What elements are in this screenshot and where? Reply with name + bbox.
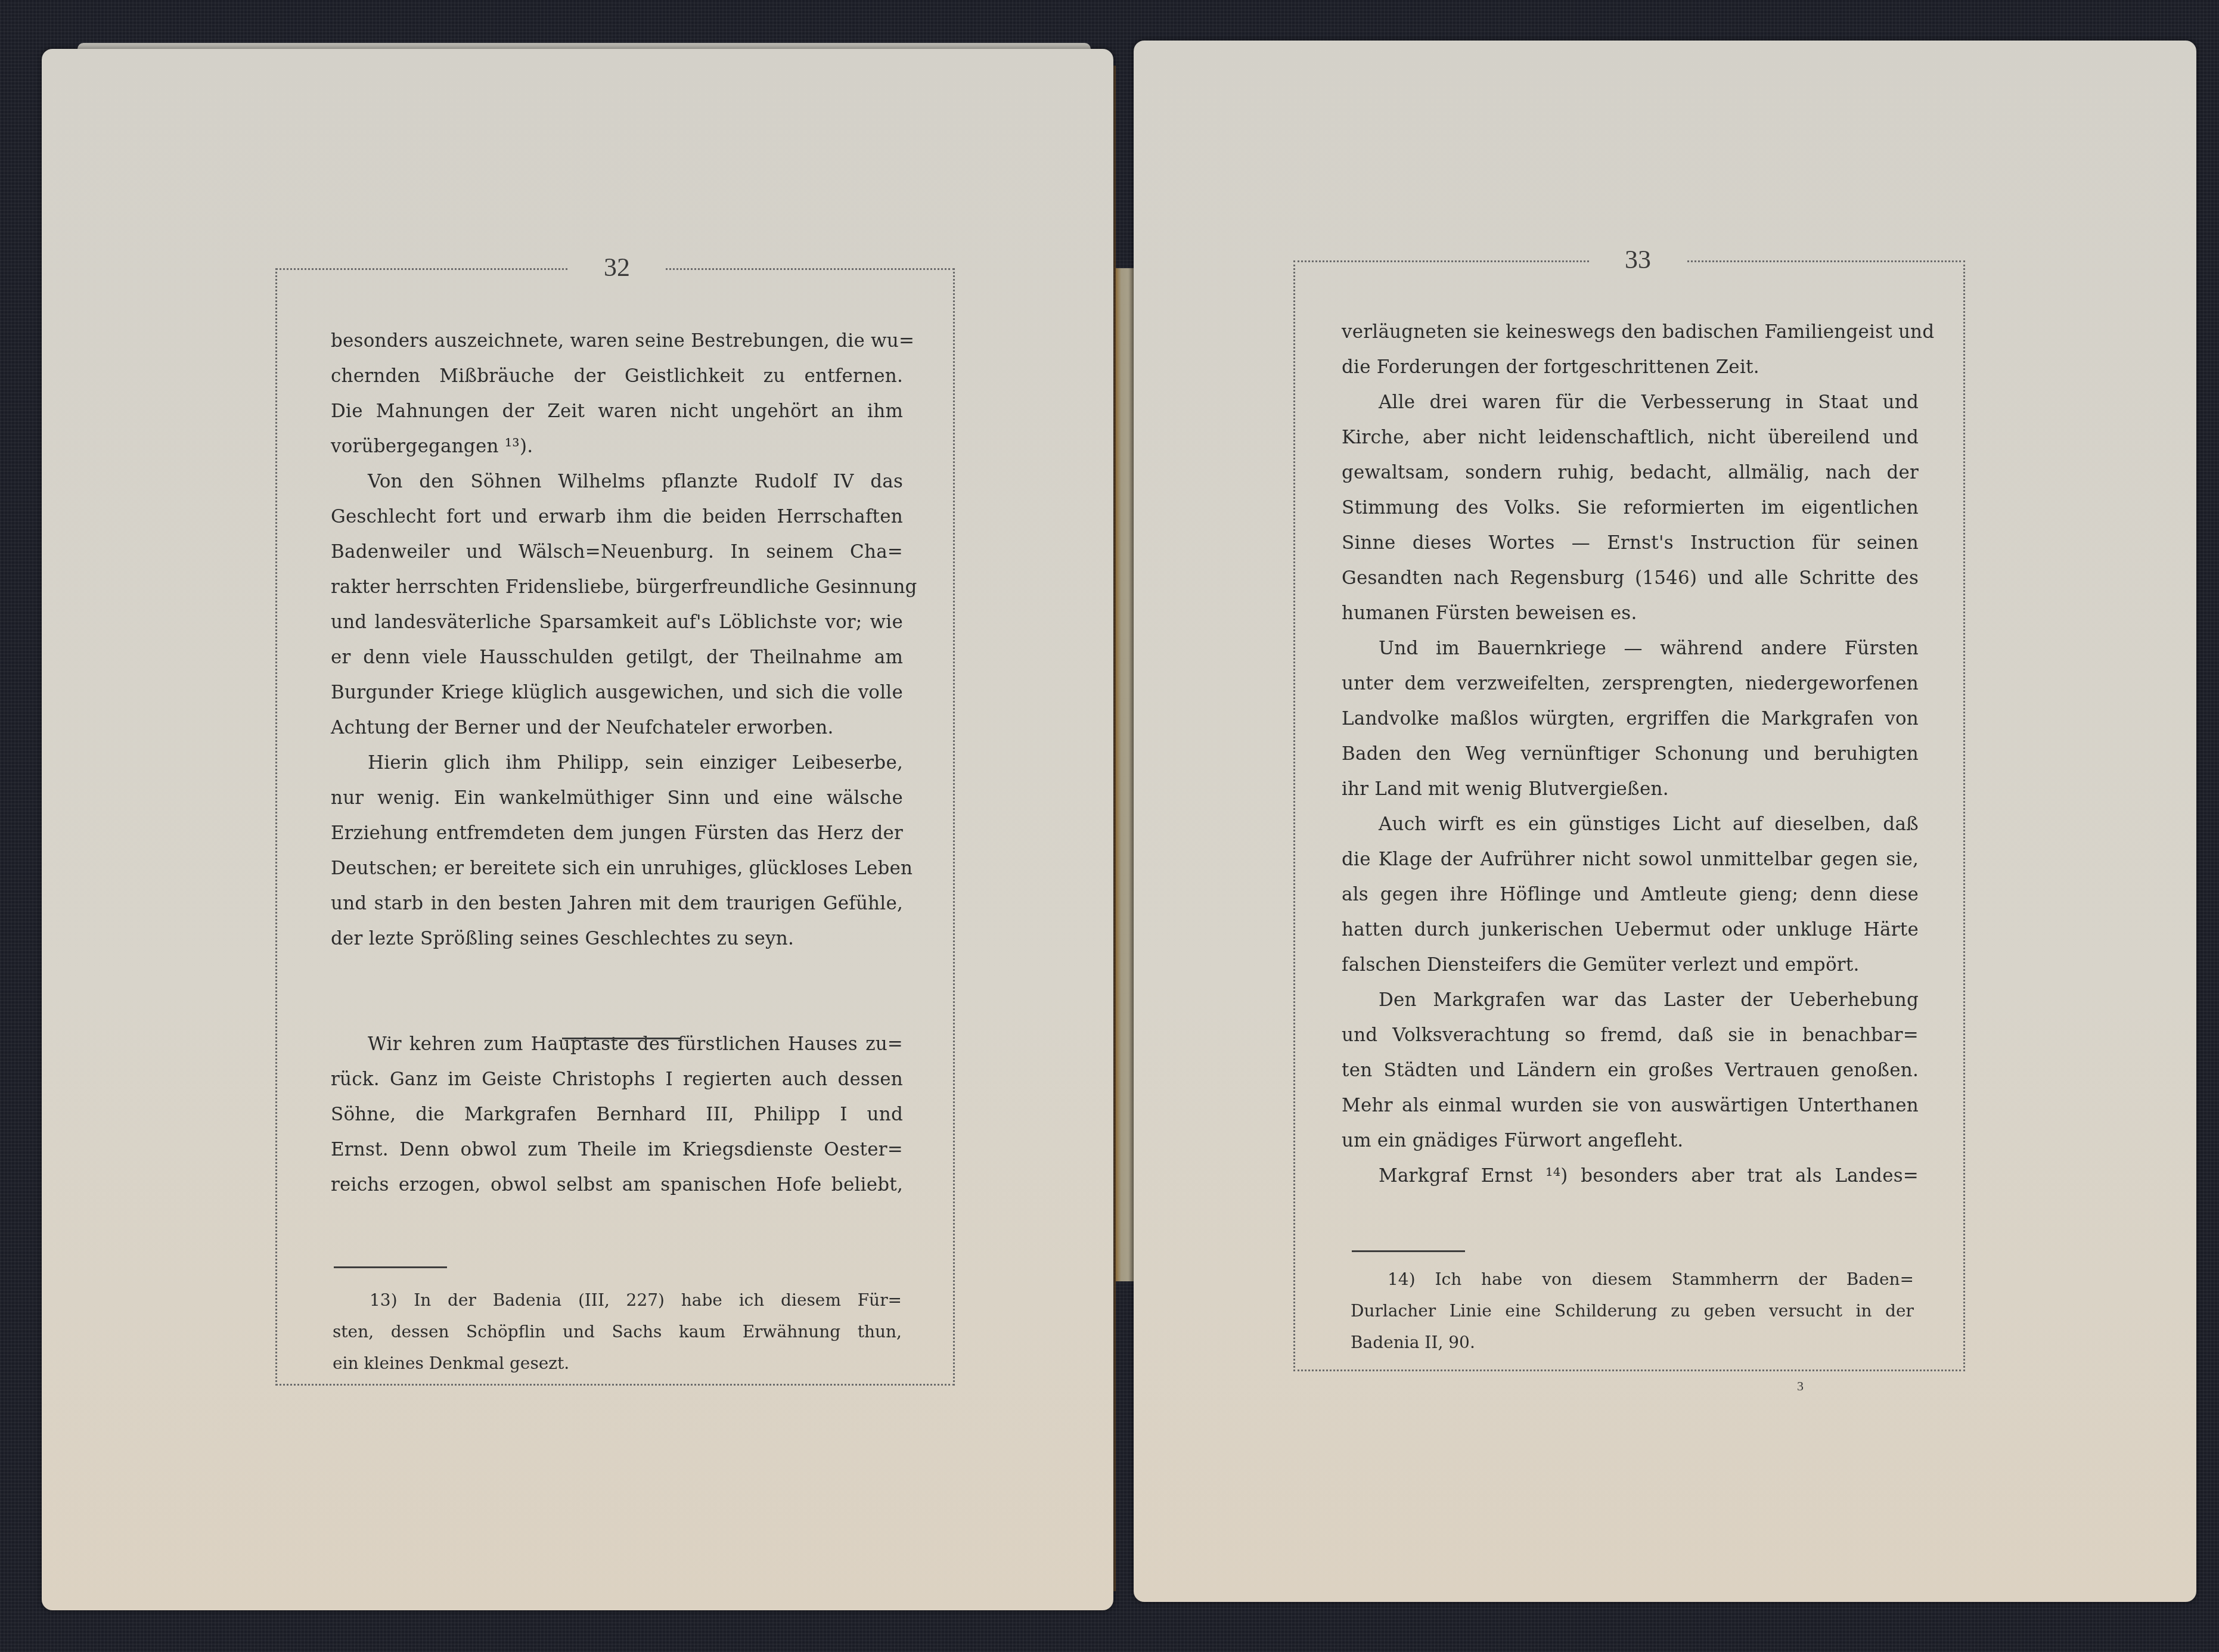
right-page: 33 verläugneten sie keineswegs den badis… xyxy=(1134,41,2196,1602)
footnote-line: 13) In der Badenia (III, 227) habe ich d… xyxy=(333,1284,902,1316)
footnote-13: 13) In der Badenia (III, 227) habe ich d… xyxy=(333,1284,902,1379)
text-line: der lezte Sprößling seines Geschlechtes … xyxy=(331,921,903,957)
text-line: Badenweiler und Wälsch=Neuenburg. In sei… xyxy=(331,535,903,570)
left-page-frame: 32 besonders auszeichnete, waren seine B… xyxy=(275,268,955,1386)
text-line: und Volksverachtung so fremd, daß sie in… xyxy=(1342,1018,1919,1053)
footnote-marker: 13) xyxy=(370,1290,398,1310)
signature-mark: 3 xyxy=(1797,1378,1804,1394)
book-spine-binding xyxy=(1116,268,1134,1281)
text-line: ten Städten und Ländern ein großes Vertr… xyxy=(1342,1053,1919,1088)
text-line: Deutschen; er bereitete sich ein unruhig… xyxy=(331,851,903,886)
text-line: Achtung der Berner und der Neufchateler … xyxy=(331,710,903,746)
text-line: Und im Bauernkriege — während andere Für… xyxy=(1342,631,1919,666)
text-line: um ein gnädiges Fürwort angefleht. xyxy=(1342,1123,1919,1159)
text-line: Erziehung entfremdeten dem jungen Fürste… xyxy=(331,816,903,851)
text-line: Ernst. Denn obwol zum Theile im Kriegsdi… xyxy=(331,1132,903,1167)
page-number-right: 33 xyxy=(1590,242,1686,278)
text-line: ihr Land mit wenig Blutvergießen. xyxy=(1342,772,1919,807)
text-line: besonders auszeichnete, waren seine Best… xyxy=(331,324,903,359)
text-line: Geschlecht fort und erwarb ihm die beide… xyxy=(331,499,903,535)
text-line: falschen Diensteifers die Gemüter verlez… xyxy=(1342,948,1919,983)
text-line: Söhne, die Markgrafen Bernhard III, Phil… xyxy=(331,1097,903,1132)
text-line: Die Mahnungen der Zeit waren nicht ungeh… xyxy=(331,394,903,429)
text-line: Von den Söhnen Wilhelms pflanzte Rudolf … xyxy=(331,464,903,499)
footnote-line: Durlacher Linie eine Schilderung zu gebe… xyxy=(1351,1295,1914,1327)
footnote-rule xyxy=(334,1266,447,1268)
right-page-frame: 33 verläugneten sie keineswegs den badis… xyxy=(1293,260,1965,1371)
footnote-marker: 14) xyxy=(1388,1269,1416,1289)
text-line: die Forderungen der fortgeschrittenen Ze… xyxy=(1342,350,1919,385)
text-line: gewaltsam, sondern ruhig, bedacht, allmä… xyxy=(1342,455,1919,490)
text-line: Den Markgrafen war das Laster der Ueberh… xyxy=(1342,983,1919,1018)
text-line: Sinne dieses Wortes — Ernst's Instructio… xyxy=(1342,526,1919,561)
footnote-rule xyxy=(1352,1250,1465,1252)
left-page: 32 besonders auszeichnete, waren seine B… xyxy=(42,49,1113,1610)
footnote-line: Badenia II, 90. xyxy=(1351,1327,1914,1358)
text-line: rakter herrschten Fridensliebe, bürgerfr… xyxy=(331,570,903,605)
text-line: und starb in den besten Jahren mit dem t… xyxy=(331,886,903,921)
text-line: humanen Fürsten beweisen es. xyxy=(1342,596,1919,631)
text-line: Hierin glich ihm Philipp, sein einziger … xyxy=(331,746,903,781)
footnote-14: 14) Ich habe von diesem Stammherrn der B… xyxy=(1351,1263,1914,1358)
text-line: Kirche, aber nicht leidenschaftlich, nic… xyxy=(1342,420,1919,455)
text-line: Baden den Weg vernünftiger Schonung und … xyxy=(1342,737,1919,772)
text-line: vorübergegangen ¹³). xyxy=(331,429,903,464)
right-page-body: verläugneten sie keineswegs den badische… xyxy=(1342,315,1919,1194)
text-line: und landesväterliche Sparsamkeit auf's L… xyxy=(331,605,903,640)
section-divider-rule xyxy=(562,1038,681,1039)
page-number-left: 32 xyxy=(569,250,665,285)
text-line: er denn viele Hausschulden getilgt, der … xyxy=(331,640,903,675)
text-line: Gesandten nach Regensburg (1546) und all… xyxy=(1342,561,1919,596)
text-line: Landvolke maßlos würgten, ergriffen die … xyxy=(1342,701,1919,737)
text-line: rück. Ganz im Geiste Christophs I regier… xyxy=(331,1062,903,1097)
footnote-line: ein kleines Denkmal gesezt. xyxy=(333,1347,902,1379)
text-line: Wir kehren zum Hauptaste des fürstlichen… xyxy=(331,1027,903,1062)
text-line: verläugneten sie keineswegs den badische… xyxy=(1342,315,1919,350)
text-line: als gegen ihre Höflinge und Amtleute gie… xyxy=(1342,877,1919,912)
text-line: Mehr als einmal wurden sie von auswärtig… xyxy=(1342,1088,1919,1123)
text-line: Auch wirft es ein günstiges Licht auf di… xyxy=(1342,807,1919,842)
left-page-body: besonders auszeichnete, waren seine Best… xyxy=(331,324,903,1203)
text-line: die Klage der Aufrührer nicht sowol unmi… xyxy=(1342,842,1919,877)
text-line: unter dem verzweifelten, zersprengten, n… xyxy=(1342,666,1919,701)
text-line: hatten durch junkerischen Uebermut oder … xyxy=(1342,912,1919,948)
text-line: nur wenig. Ein wankelmüthiger Sinn und e… xyxy=(331,781,903,816)
section-gap xyxy=(331,957,903,1027)
text-line: Markgraf Ernst ¹⁴) besonders aber trat a… xyxy=(1342,1159,1919,1194)
text-line: Alle drei waren für die Verbesserung in … xyxy=(1342,385,1919,420)
text-line: chernden Mißbräuche der Geistlichkeit zu… xyxy=(331,359,903,394)
text-line: Stimmung des Volks. Sie reformierten im … xyxy=(1342,490,1919,526)
footnote-line: sten, dessen Schöpflin und Sachs kaum Er… xyxy=(333,1316,902,1347)
text-line: reichs erzogen, obwol selbst am spanisch… xyxy=(331,1167,903,1203)
text-line: Burgunder Kriege klüglich ausgewichen, u… xyxy=(331,675,903,710)
footnote-line: 14) Ich habe von diesem Stammherrn der B… xyxy=(1351,1263,1914,1295)
